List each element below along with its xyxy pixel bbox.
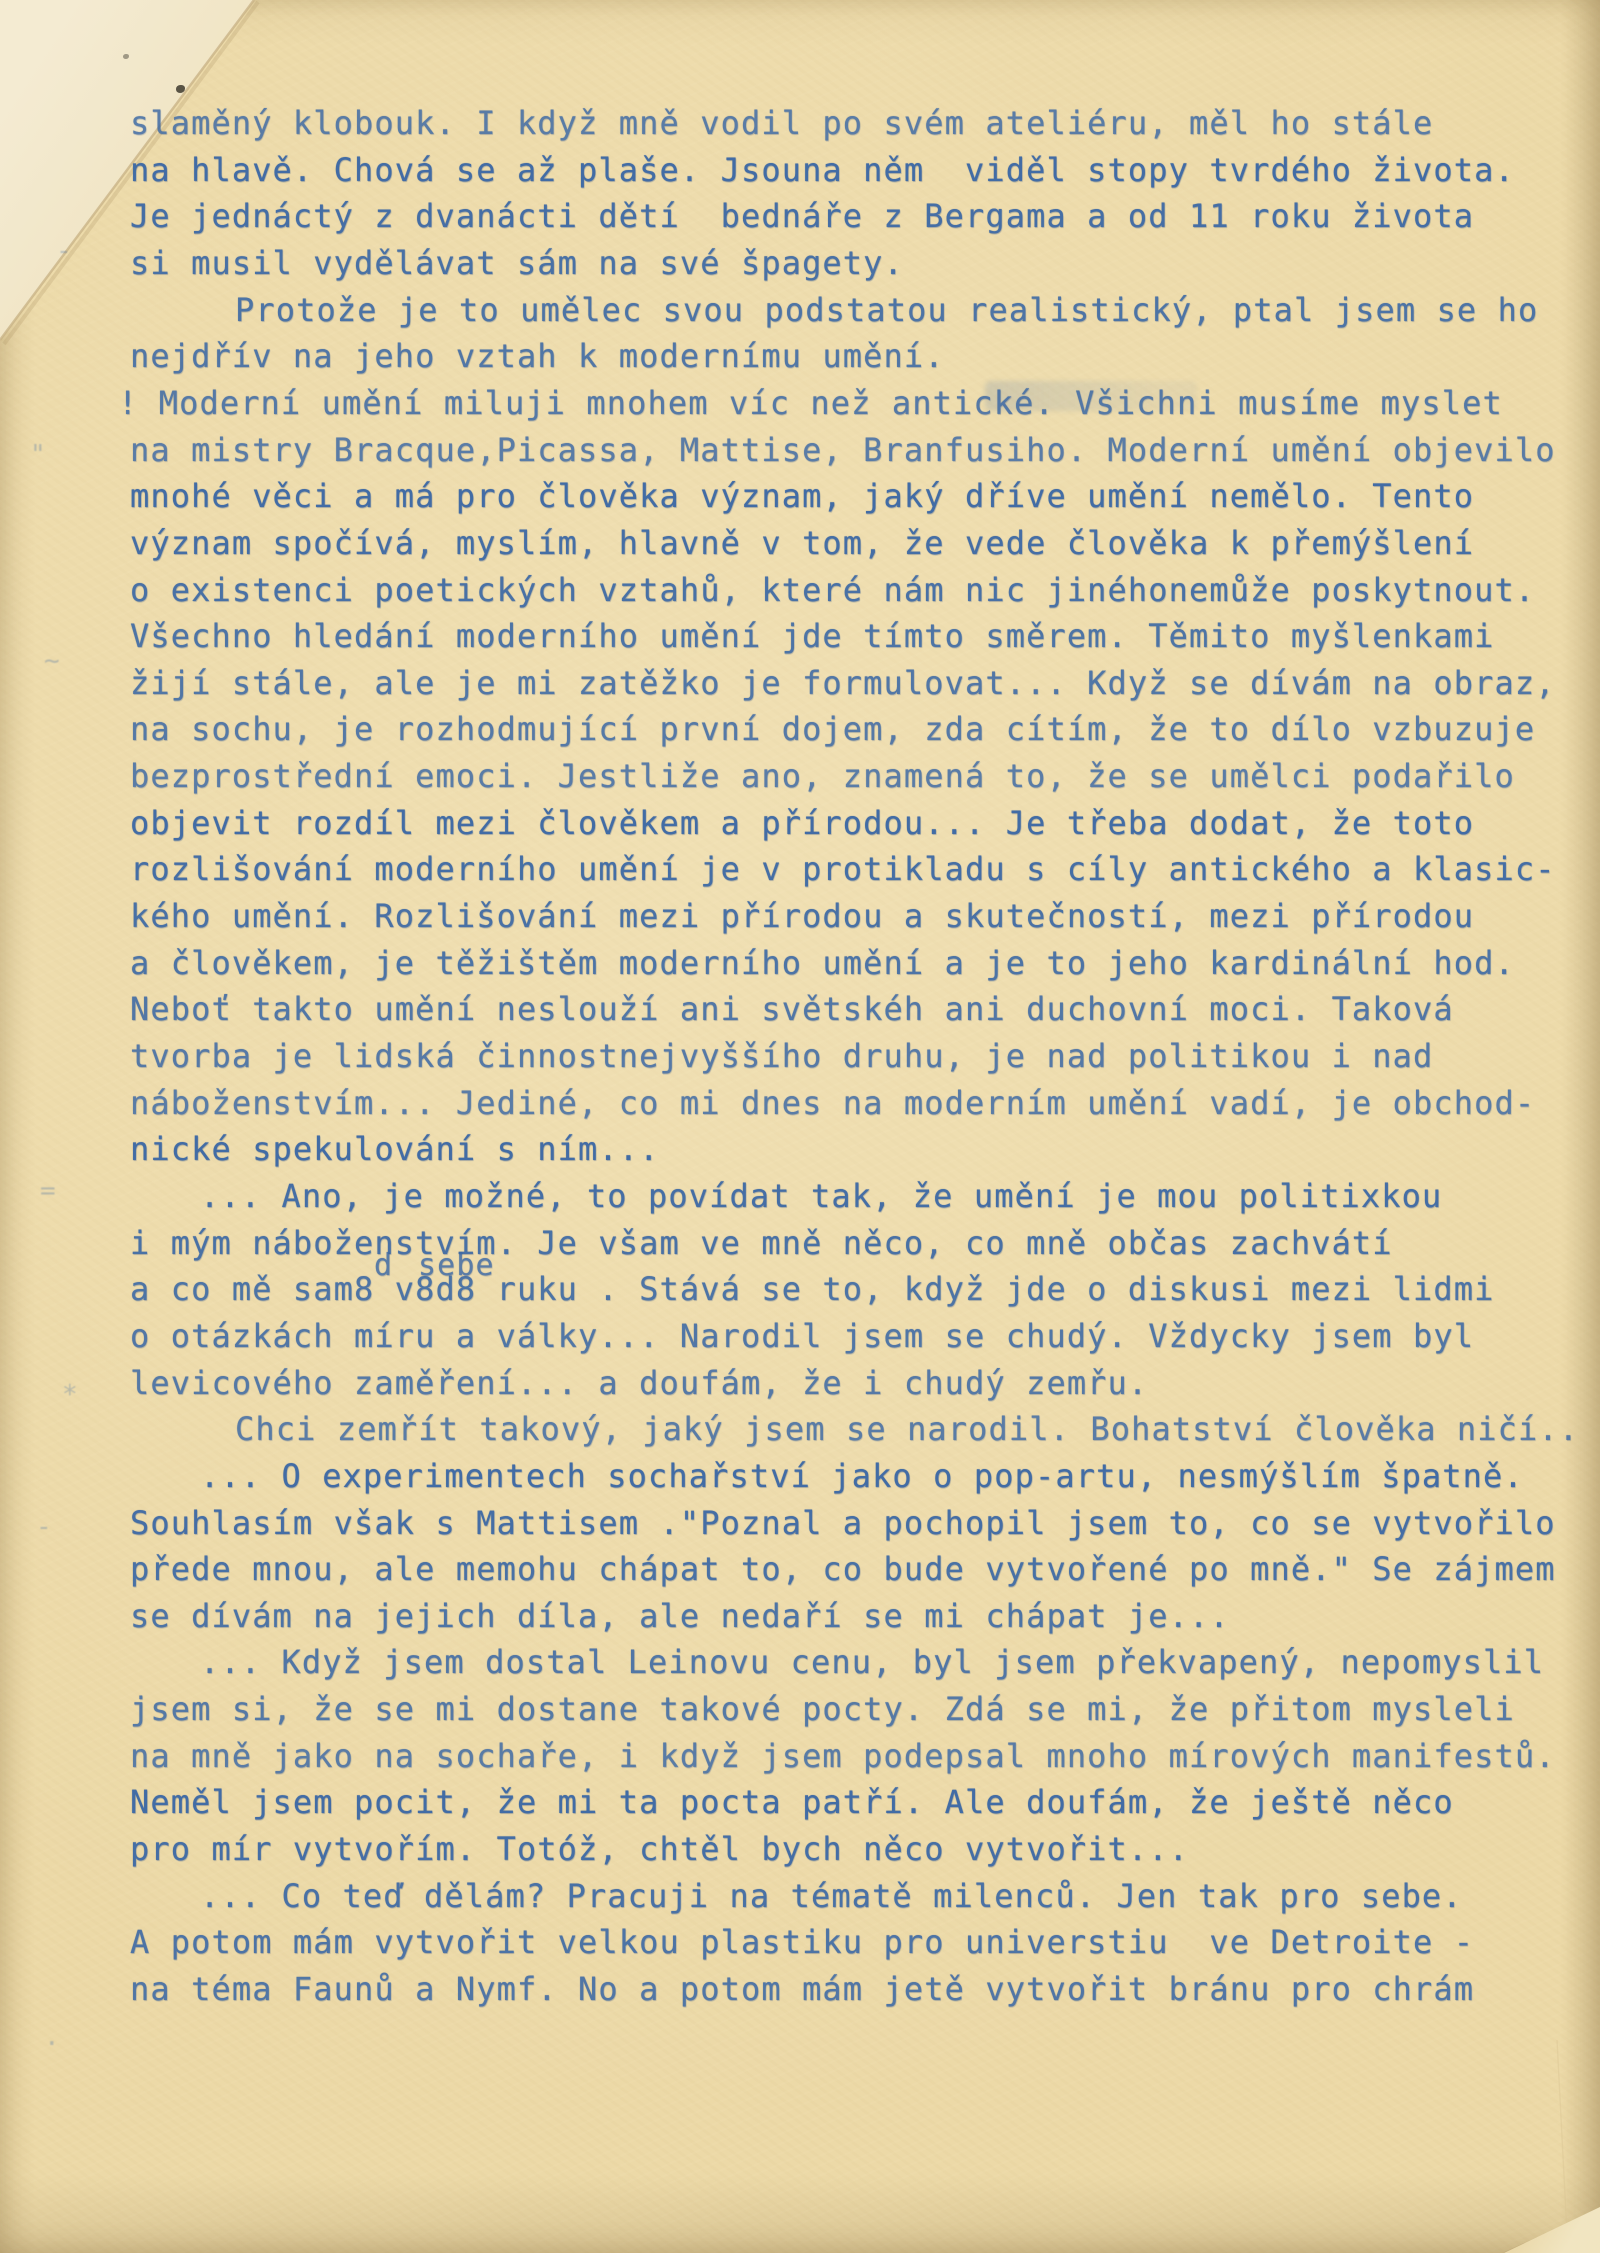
text-line: A potom mám vytvořit velkou plastiku pro… [130,1919,1474,1966]
paper-fold-bottom-right [1504,2207,1600,2253]
text-line: na mistry Bracque,Picassa, Mattise, Bran… [130,427,1556,474]
text-line: rozlišování moderního umění je v protikl… [130,846,1556,893]
text-line: přede mnou, ale memohu chápat to, co bud… [130,1546,1556,1593]
text-line: Neměl jsem pocit, že mi ta pocta patří. … [130,1779,1454,1826]
text-line: slaměný klobouk. I když mně vodil po své… [130,100,1433,147]
faint-margin-mark: - [36,1512,52,1542]
text-line: Protože je to umělec svou podstatou real… [235,287,1538,334]
faint-margin-mark: * [62,1380,78,1410]
faint-margin-mark: . [44,2022,60,2052]
text-line: žijí stále, ale je mi zatěžko je formulo… [130,660,1556,707]
text-line: mnohé věci a má pro člověka význam, jaký… [130,473,1474,520]
text-line: i mým náboženstvím. Je všam ve mně něco,… [130,1220,1393,1267]
text-line: na hlavě. Chová se až plaše. Jsouna něm … [130,147,1515,194]
text-line: ! Moderní umění miluji mnohem víc než an… [118,380,1503,427]
text-line: ... Co teď dělám? Pracuji na tématě mile… [200,1873,1463,1920]
text-line: ... Když jsem dostal Leinovu cenu, byl j… [200,1639,1544,1686]
text-line: Neboť takto umění neslouží ani světskéh … [130,986,1454,1033]
text-line: náboženstvím... Jediné, co mi dnes na mo… [130,1080,1535,1127]
text-line: o otázkách míru a války... Narodil jsem … [130,1313,1474,1360]
text-line: objevit rozdíl mezi člověkem a přírodou.… [130,800,1474,847]
text-line: jsem si, že se mi dostane takové pocty. … [130,1686,1515,1733]
text-line: pro mír vytvořím. Totóž, chtěl bych něco… [130,1826,1189,1873]
text-line: ... Ano, je možné, to povídat tak, že um… [200,1173,1442,1220]
faint-margin-mark: " [30,440,46,470]
text-line: a člověkem, je těžištěm moderního umění … [130,940,1515,987]
text-line: si musil vydělávat sám na své špagety. [130,240,904,287]
document-page: -"~=*-. slaměný klobouk. I když mně vodi… [0,0,1600,2253]
text-line: bezprostřední emoci. Jestliže ano, zname… [130,753,1515,800]
text-line: nické spekulování s ním... [130,1126,660,1173]
text-line: Chci zemřít takový, jaký jsem se narodil… [235,1406,1579,1453]
interlinear-insertion: d [374,1242,393,1289]
text-line: na sochu, je rozhodmující první dojem, z… [130,706,1535,753]
text-line: se dívám na jejich díla, ale nedaří se m… [130,1593,1230,1640]
text-line: kého umění. Rozlišování mezi přírodou a … [130,893,1474,940]
text-line: na téma Faunů a Nymf. No a potom mám jet… [130,1966,1474,2013]
text-line: Všechno hledání moderního umění jde tímt… [130,613,1495,660]
text-line: o existenci poetických vztahů, které nám… [130,567,1535,614]
text-line: a co mě sam8 v8d8 ruku . Stává se to, kd… [130,1266,1495,1313]
text-line: Souhlasím však s Mattisem ."Poznal a poc… [130,1500,1556,1547]
text-line: Je jednáctý z dvanácti dětí bednáře z Be… [130,193,1474,240]
interlinear-insertion: sebe [418,1242,495,1289]
text-line: na mně jako na sochaře, i když jsem pode… [130,1733,1556,1780]
faint-margin-mark: ~ [44,646,60,676]
text-line: levicového zaměření... a doufám, že i ch… [130,1360,1148,1407]
text-line: tvorba je lidská činnostnejvyššího druhu… [130,1033,1433,1080]
text-line: nejdřív na jeho vztah k modernímu umění. [130,333,945,380]
faint-margin-mark: - [56,236,72,266]
text-line: ... O experimentech sochařství jako o po… [200,1453,1524,1500]
text-line: význam spočívá, myslím, hlavně v tom, že… [130,520,1474,567]
faint-margin-mark: = [40,1176,56,1206]
